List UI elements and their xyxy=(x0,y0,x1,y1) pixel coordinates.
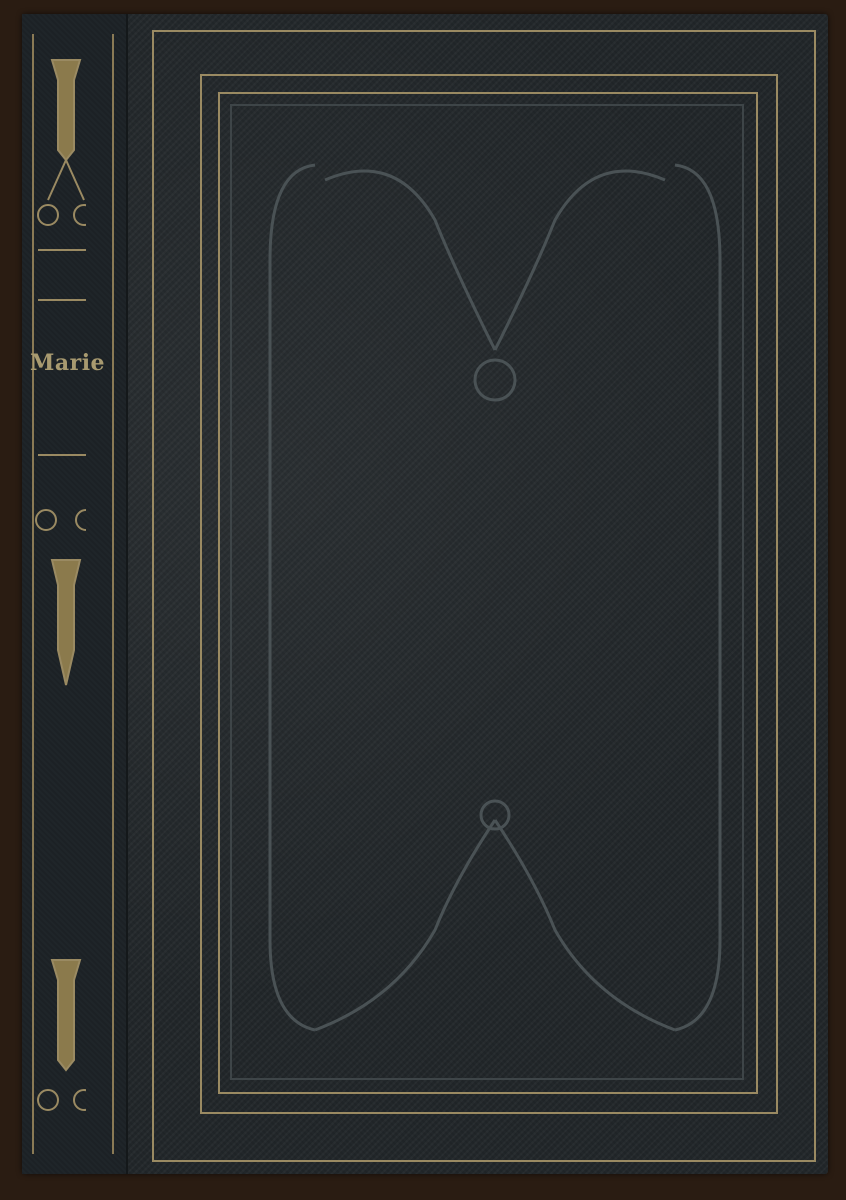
spine-gilt-rule xyxy=(112,34,114,1154)
spine-ornament-middle-icon xyxy=(28,450,86,690)
spine-ornament-top-icon xyxy=(28,40,86,310)
spine-title: Marie xyxy=(30,350,105,376)
spine-ornament-bottom-icon xyxy=(28,950,86,1150)
blind-embossed-panel-icon xyxy=(255,140,735,1060)
